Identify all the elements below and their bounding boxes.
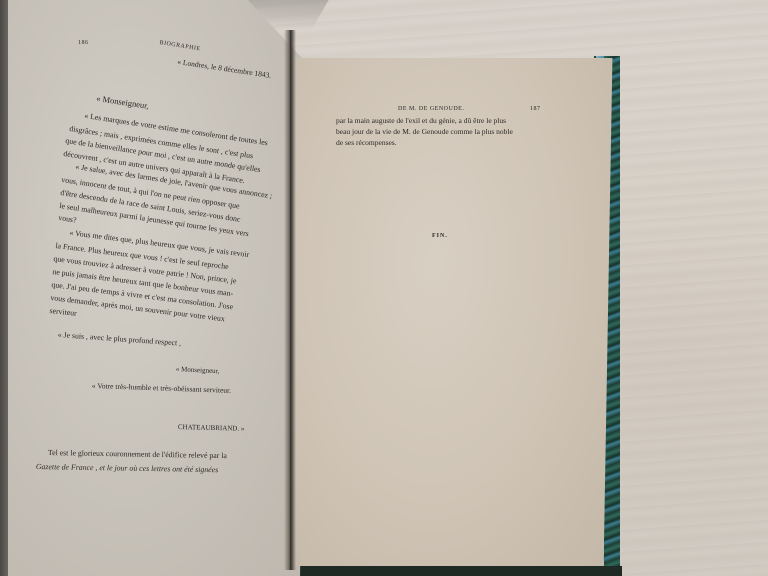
book-gutter xyxy=(284,30,296,570)
left-page-number: 186 xyxy=(78,40,89,46)
end-mark: FIN. xyxy=(432,233,448,239)
right-page-number: 187 xyxy=(530,106,541,112)
cover-bottom-edge xyxy=(262,566,622,576)
right-running-head: DE M. DE GENOUDE. xyxy=(398,106,464,112)
text-line: beau jour de la vie de M. de Genoude com… xyxy=(336,128,513,136)
text-line: par la main auguste de l'exil et du géni… xyxy=(336,117,506,125)
text-line: de ses récompenses. xyxy=(336,139,397,147)
